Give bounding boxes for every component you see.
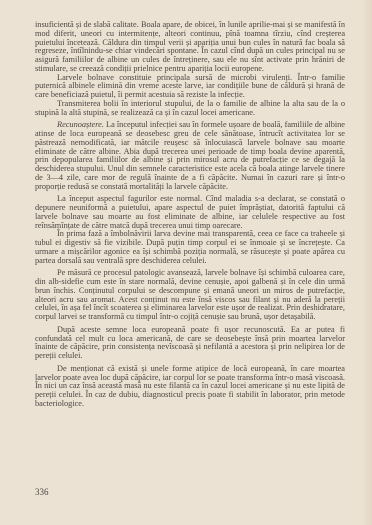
paragraph-7: Pe măsură ce procesul patologic avanseaz…	[35, 269, 345, 322]
paragraph-3: Transmiterea bolii în interiorul stupulu…	[35, 100, 345, 118]
page-number: 336	[35, 487, 49, 497]
paragraph-recunoastere: Recunoaștere. La începutul infecției sau…	[35, 121, 345, 191]
paragraph-6: În prima fază a îmbolnăvirii larva devin…	[35, 230, 345, 265]
paragraph-1: insuficientă și de slabă calitate. Boala…	[35, 21, 345, 74]
section-lead-recunoastere: Recunoaștere.	[57, 120, 104, 129]
paragraph-5: La început aspectul fagurilor este norma…	[35, 195, 345, 230]
paragraph-2: Larvele bolnave constituie principala su…	[35, 74, 345, 100]
paragraph-4-text: La începutul infecției sau în formele uș…	[35, 120, 345, 190]
book-page-body: insuficientă și de slabă calitate. Boala…	[35, 21, 345, 409]
paragraph-9: De menționat că există și unele forme at…	[35, 365, 345, 409]
page-edge-shadow	[362, 0, 372, 525]
paragraph-8: După aceste semne loca europeană poate f…	[35, 326, 345, 361]
